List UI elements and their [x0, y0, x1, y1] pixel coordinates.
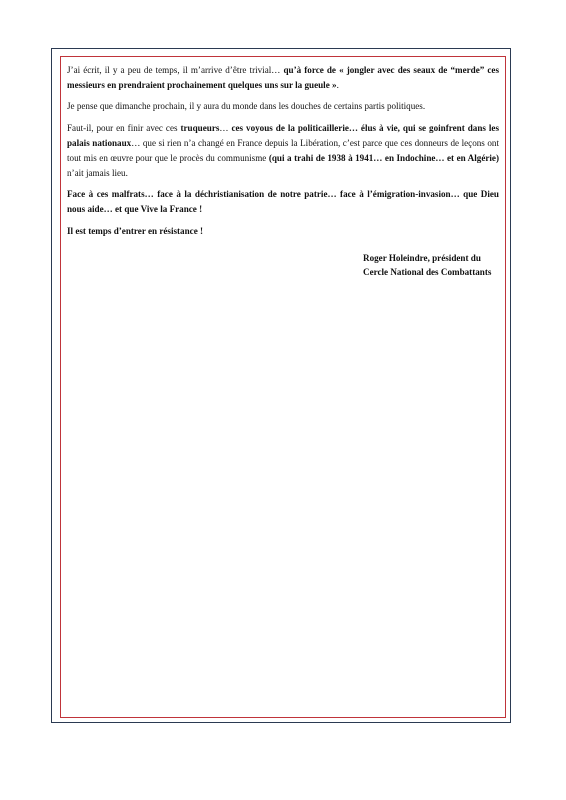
p5-seg-0: Il est temps d’entrer en résistance ! [67, 226, 203, 236]
signature-line-1: Roger Holeindre, président du [363, 251, 491, 265]
signature-block: Roger Holeindre, président du Cercle Nat… [363, 251, 491, 279]
p3-seg-1: truqueurs [180, 123, 219, 133]
p3-seg-6: n’ait jamais lieu. [67, 168, 128, 178]
p4-seg-0: Face à ces malfrats… face à la déchristi… [67, 189, 499, 214]
p2-seg-0: Je pense que dimanche prochain, il y aur… [67, 101, 425, 111]
p3-seg-0: Faut-il, pour en finir avec ces [67, 123, 180, 133]
p3-seg-5: (qui a trahi de 1938 à 1941… en Indochin… [269, 153, 499, 163]
p3-seg-2: … [219, 123, 231, 133]
document-body: J’ai écrit, il y a peu de temps, il m’ar… [67, 63, 499, 245]
paragraph-3: Faut-il, pour en finir avec ces truqueur… [67, 121, 499, 181]
p1-seg-0: J’ai écrit, il y a peu de temps, il m’ar… [67, 65, 283, 75]
paragraph-4: Face à ces malfrats… face à la déchristi… [67, 187, 499, 217]
paragraph-5: Il est temps d’entrer en résistance ! [67, 224, 499, 239]
signature-line-2: Cercle National des Combattants [363, 265, 491, 279]
paragraph-2: Je pense que dimanche prochain, il y aur… [67, 99, 499, 114]
p1-seg-2: . [337, 80, 339, 90]
paragraph-1: J’ai écrit, il y a peu de temps, il m’ar… [67, 63, 499, 93]
